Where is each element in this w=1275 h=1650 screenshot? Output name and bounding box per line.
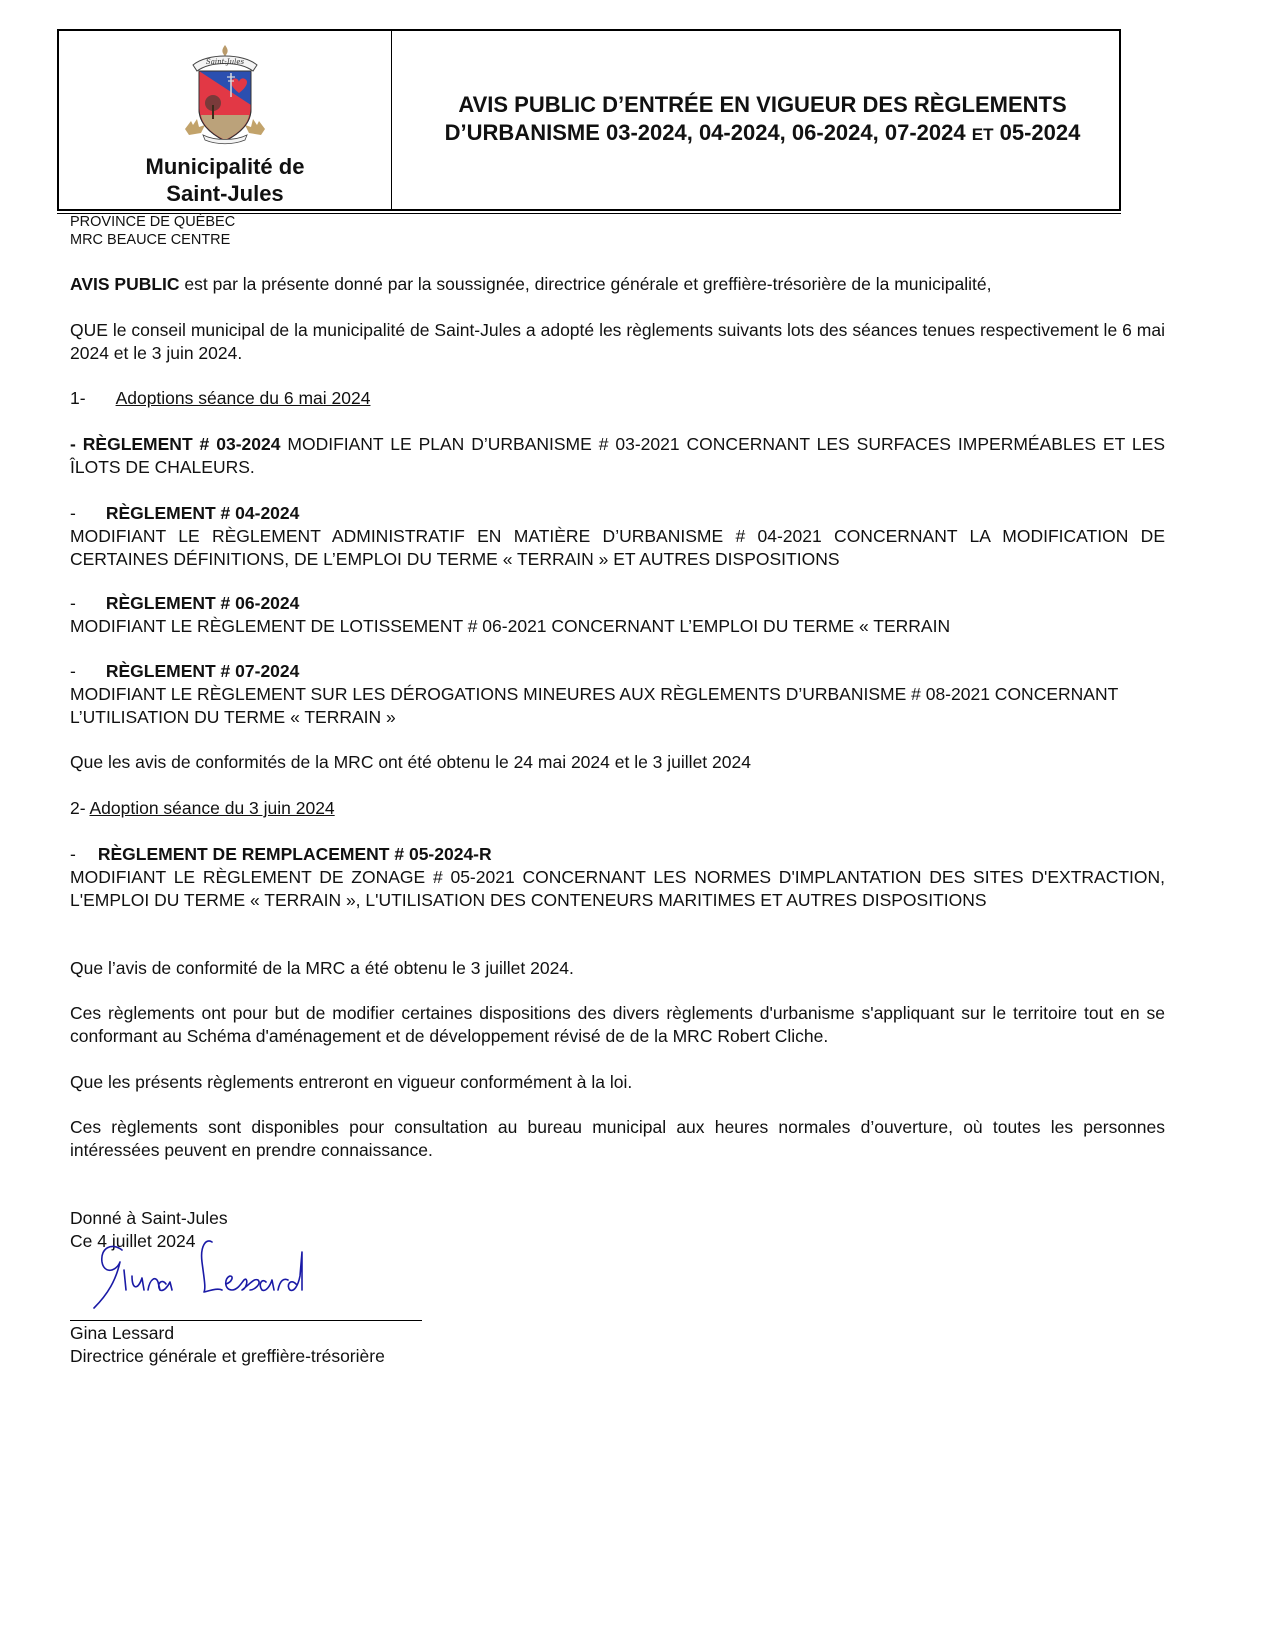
location-block: PROVINCE DE QUÉBEC MRC BEAUCE CENTRE bbox=[70, 213, 1165, 249]
document-title: AVIS PUBLIC D’ENTRÉE EN VIGUEUR DES RÈGL… bbox=[445, 91, 1081, 149]
que-paragraph: QUE le conseil municipal de la municipal… bbox=[70, 319, 1165, 365]
reglement-03-2024: - RÈGLEMENT # 03-2024 MODIFIANT LE PLAN … bbox=[70, 433, 1165, 479]
header-box: Saint-Jules Municipalité de Saint-Jules … bbox=[57, 29, 1121, 211]
section2-heading: 2- Adoption séance du 3 juin 2024 bbox=[70, 797, 1165, 820]
reglement-prefix: - bbox=[70, 434, 76, 454]
handwritten-signature-icon bbox=[82, 1232, 352, 1312]
signatory-block: Gina Lessard Directrice générale et gref… bbox=[70, 1322, 1165, 1368]
reglement-prefix: - bbox=[70, 503, 76, 523]
intro-bold-lead: AVIS PUBLIC bbox=[70, 274, 180, 294]
reglement-prefix: - bbox=[70, 844, 76, 864]
reglement-05-2024-r: -RÈGLEMENT DE REMPLACEMENT # 05-2024-R M… bbox=[70, 843, 1165, 912]
title-line2-end: 05-2024 bbox=[1000, 120, 1081, 145]
municipality-name: Municipalité de Saint-Jules bbox=[146, 153, 305, 207]
reglement-07-2024: -RÈGLEMENT # 07-2024 MODIFIANT LE RÈGLEM… bbox=[70, 660, 1165, 729]
reglement-title: RÈGLEMENT # 04-2024 bbox=[106, 503, 300, 523]
reglement-description: MODIFIANT LE RÈGLEMENT ADMINISTRATIF EN … bbox=[70, 525, 1165, 571]
section1-number: 1- bbox=[70, 388, 86, 408]
section2-number: 2- bbox=[70, 798, 86, 818]
municipality-name-line2: Saint-Jules bbox=[146, 180, 305, 207]
section1-heading: 1-Adoptions séance du 6 mai 2024 bbox=[70, 387, 1165, 410]
effect-paragraph: Que les présents règlements entreront en… bbox=[70, 1071, 1165, 1094]
logo-cell: Saint-Jules Municipalité de Saint-Jules bbox=[59, 31, 392, 209]
svg-text:Saint-Jules: Saint-Jules bbox=[206, 58, 245, 66]
reglement-description: MODIFIANT LE RÈGLEMENT SUR LES DÉROGATIO… bbox=[70, 683, 1165, 729]
title-line2-main: D’URBANISME 03-2024, 04-2024, 06-2024, 0… bbox=[445, 120, 966, 145]
purpose-paragraph: Ces règlements ont pour but de modifier … bbox=[70, 1002, 1165, 1048]
title-line2: D’URBANISME 03-2024, 04-2024, 06-2024, 0… bbox=[445, 119, 1081, 149]
section1-heading-text: Adoptions séance du 6 mai 2024 bbox=[116, 388, 371, 408]
mrc-label: MRC BEAUCE CENTRE bbox=[70, 231, 1165, 249]
province-label: PROVINCE DE QUÉBEC bbox=[70, 213, 1165, 231]
reglement-title: RÈGLEMENT # 07-2024 bbox=[106, 661, 300, 681]
signatory-role: Directrice générale et greffière-trésori… bbox=[70, 1345, 1165, 1368]
signatory-name: Gina Lessard bbox=[70, 1322, 1165, 1345]
intro-text: est par la présente donné par la soussig… bbox=[180, 274, 992, 294]
section2-conformity: Que l’avis de conformité de la MRC a été… bbox=[70, 957, 1165, 980]
reglement-title: RÈGLEMENT # 06-2024 bbox=[106, 593, 300, 613]
municipality-name-line1: Municipalité de bbox=[146, 153, 305, 180]
reglement-description: MODIFIANT LE RÈGLEMENT DE ZONAGE # 05-20… bbox=[70, 866, 1165, 912]
signature-place: Donné à Saint-Jules bbox=[70, 1207, 1165, 1230]
intro-paragraph: AVIS PUBLIC est par la présente donné pa… bbox=[70, 273, 1165, 296]
reglement-title: RÈGLEMENT DE REMPLACEMENT # 05-2024-R bbox=[98, 844, 492, 864]
reglement-prefix: - bbox=[70, 593, 76, 613]
section1-conformity: Que les avis de conformités de la MRC on… bbox=[70, 751, 1165, 774]
title-line1: AVIS PUBLIC D’ENTRÉE EN VIGUEUR DES RÈGL… bbox=[445, 91, 1081, 119]
reglement-04-2024: -RÈGLEMENT # 04-2024 MODIFIANT LE RÈGLEM… bbox=[70, 502, 1165, 571]
reglement-description: MODIFIANT LE RÈGLEMENT DE LOTISSEMENT # … bbox=[70, 615, 1165, 638]
title-line2-et: ET bbox=[972, 125, 994, 144]
section2-heading-text: Adoption séance du 3 juin 2024 bbox=[89, 798, 334, 818]
coat-of-arms-icon: Saint-Jules bbox=[179, 43, 271, 147]
reglement-title: RÈGLEMENT # 03-2024 bbox=[83, 434, 281, 454]
consultation-paragraph: Ces règlements sont disponibles pour con… bbox=[70, 1116, 1165, 1162]
signature-line bbox=[70, 1320, 422, 1321]
public-notice-page: Saint-Jules Municipalité de Saint-Jules … bbox=[0, 0, 1275, 1650]
title-cell: AVIS PUBLIC D’ENTRÉE EN VIGUEUR DES RÈGL… bbox=[392, 31, 1119, 209]
reglement-06-2024: -RÈGLEMENT # 06-2024 MODIFIANT LE RÈGLEM… bbox=[70, 592, 1165, 638]
reglement-prefix: - bbox=[70, 661, 76, 681]
